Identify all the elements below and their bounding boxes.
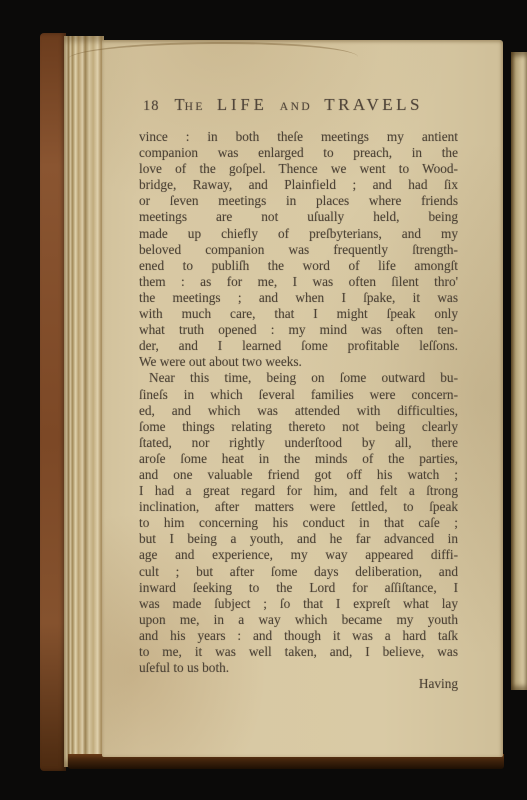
header-word-travels: TRAVELS <box>324 95 423 115</box>
text-line: aroſe ſome heat in the minds of the part… <box>139 451 458 467</box>
text-line: ened to publiſh the word of life amongſt <box>139 258 458 274</box>
text-line: love of the goſpel. Thence we went to Wo… <box>139 161 458 177</box>
text-line: or ſeven meetings in places where friend… <box>139 193 458 209</box>
header-word-life: LIFE <box>217 95 268 115</box>
header-word-the-initial: T <box>175 95 185 115</box>
text-line: ed, and which was attended with difficul… <box>139 403 458 419</box>
text-line: made up chiefly of preſbyterians, and my <box>139 226 458 242</box>
book-spine <box>40 33 66 771</box>
text-line: Near this time, being on ſome outward bu… <box>139 370 458 386</box>
text-line: We were out about two weeks. <box>139 354 458 370</box>
text-line: age and experience, my way appeared diff… <box>139 547 458 563</box>
text-line: bridge, Raway, and Plainfield ; and had … <box>139 177 458 193</box>
text-line: to me, it was well taken, and, I believe… <box>139 644 458 660</box>
body-lines: vince : in both theſe meetings my antien… <box>139 129 458 676</box>
text-line: was made ſubject ; ſo that I expreſt wha… <box>139 596 458 612</box>
page-edges <box>64 36 104 767</box>
body-text: vince : in both theſe meetings my antien… <box>139 129 458 692</box>
text-line: them : as for me, I was often ſilent thr… <box>139 274 458 290</box>
photo-background: { "book_page": { "page_number": "18", "r… <box>0 0 527 800</box>
header-word-the-rest: HE <box>185 101 205 113</box>
text-line: to him concerning his conduct in that ca… <box>139 515 458 531</box>
text-line: ſome things relating thereto not being c… <box>139 419 458 435</box>
text-line: I had a great regard for him, and felt a… <box>139 483 458 499</box>
text-line: meetings are not uſually held, being <box>139 209 458 225</box>
running-header: 18 T HE LIFE AND TRAVELS <box>143 95 465 115</box>
text-line: with much care, that I might ſpeak only <box>139 306 458 322</box>
page-surface: 18 T HE LIFE AND TRAVELS vince : in both… <box>102 40 503 757</box>
text-line: ſineſs in which ſeveral families were co… <box>139 387 458 403</box>
text-line: der, and I learned ſome profitable leſſo… <box>139 338 458 354</box>
facing-page-sliver <box>511 52 527 690</box>
catchword: Having <box>139 676 458 692</box>
text-line: the meetings ; and when I ſpake, it was <box>139 290 458 306</box>
text-line: what truth opened : my mind was often te… <box>139 322 458 338</box>
text-line: upon me, in a way which became my youth <box>139 612 458 628</box>
header-word-and: AND <box>280 101 312 113</box>
text-line: vince : in both theſe meetings my antien… <box>139 129 458 145</box>
text-line: inclination, after matters were ſettled,… <box>139 499 458 515</box>
text-line: but I being a youth, and he far advanced… <box>139 531 458 547</box>
text-line: and his years : and though it was a hard… <box>139 628 458 644</box>
text-line: inward ſeeking to the Lord for aſſiſtanc… <box>139 580 458 596</box>
text-line: companion was enlarged to preach, in the <box>139 145 458 161</box>
text-line: beloved companion was frequently ſtrengt… <box>139 242 458 258</box>
text-line: cult ; but after ſome days deliberation,… <box>139 564 458 580</box>
text-line: ſtated, nor rightly underſtood by all, t… <box>139 435 458 451</box>
text-line: and one valuable friend got off his watc… <box>139 467 458 483</box>
text-line: uſeful to us both. <box>139 660 458 676</box>
page-number: 18 <box>143 98 160 115</box>
